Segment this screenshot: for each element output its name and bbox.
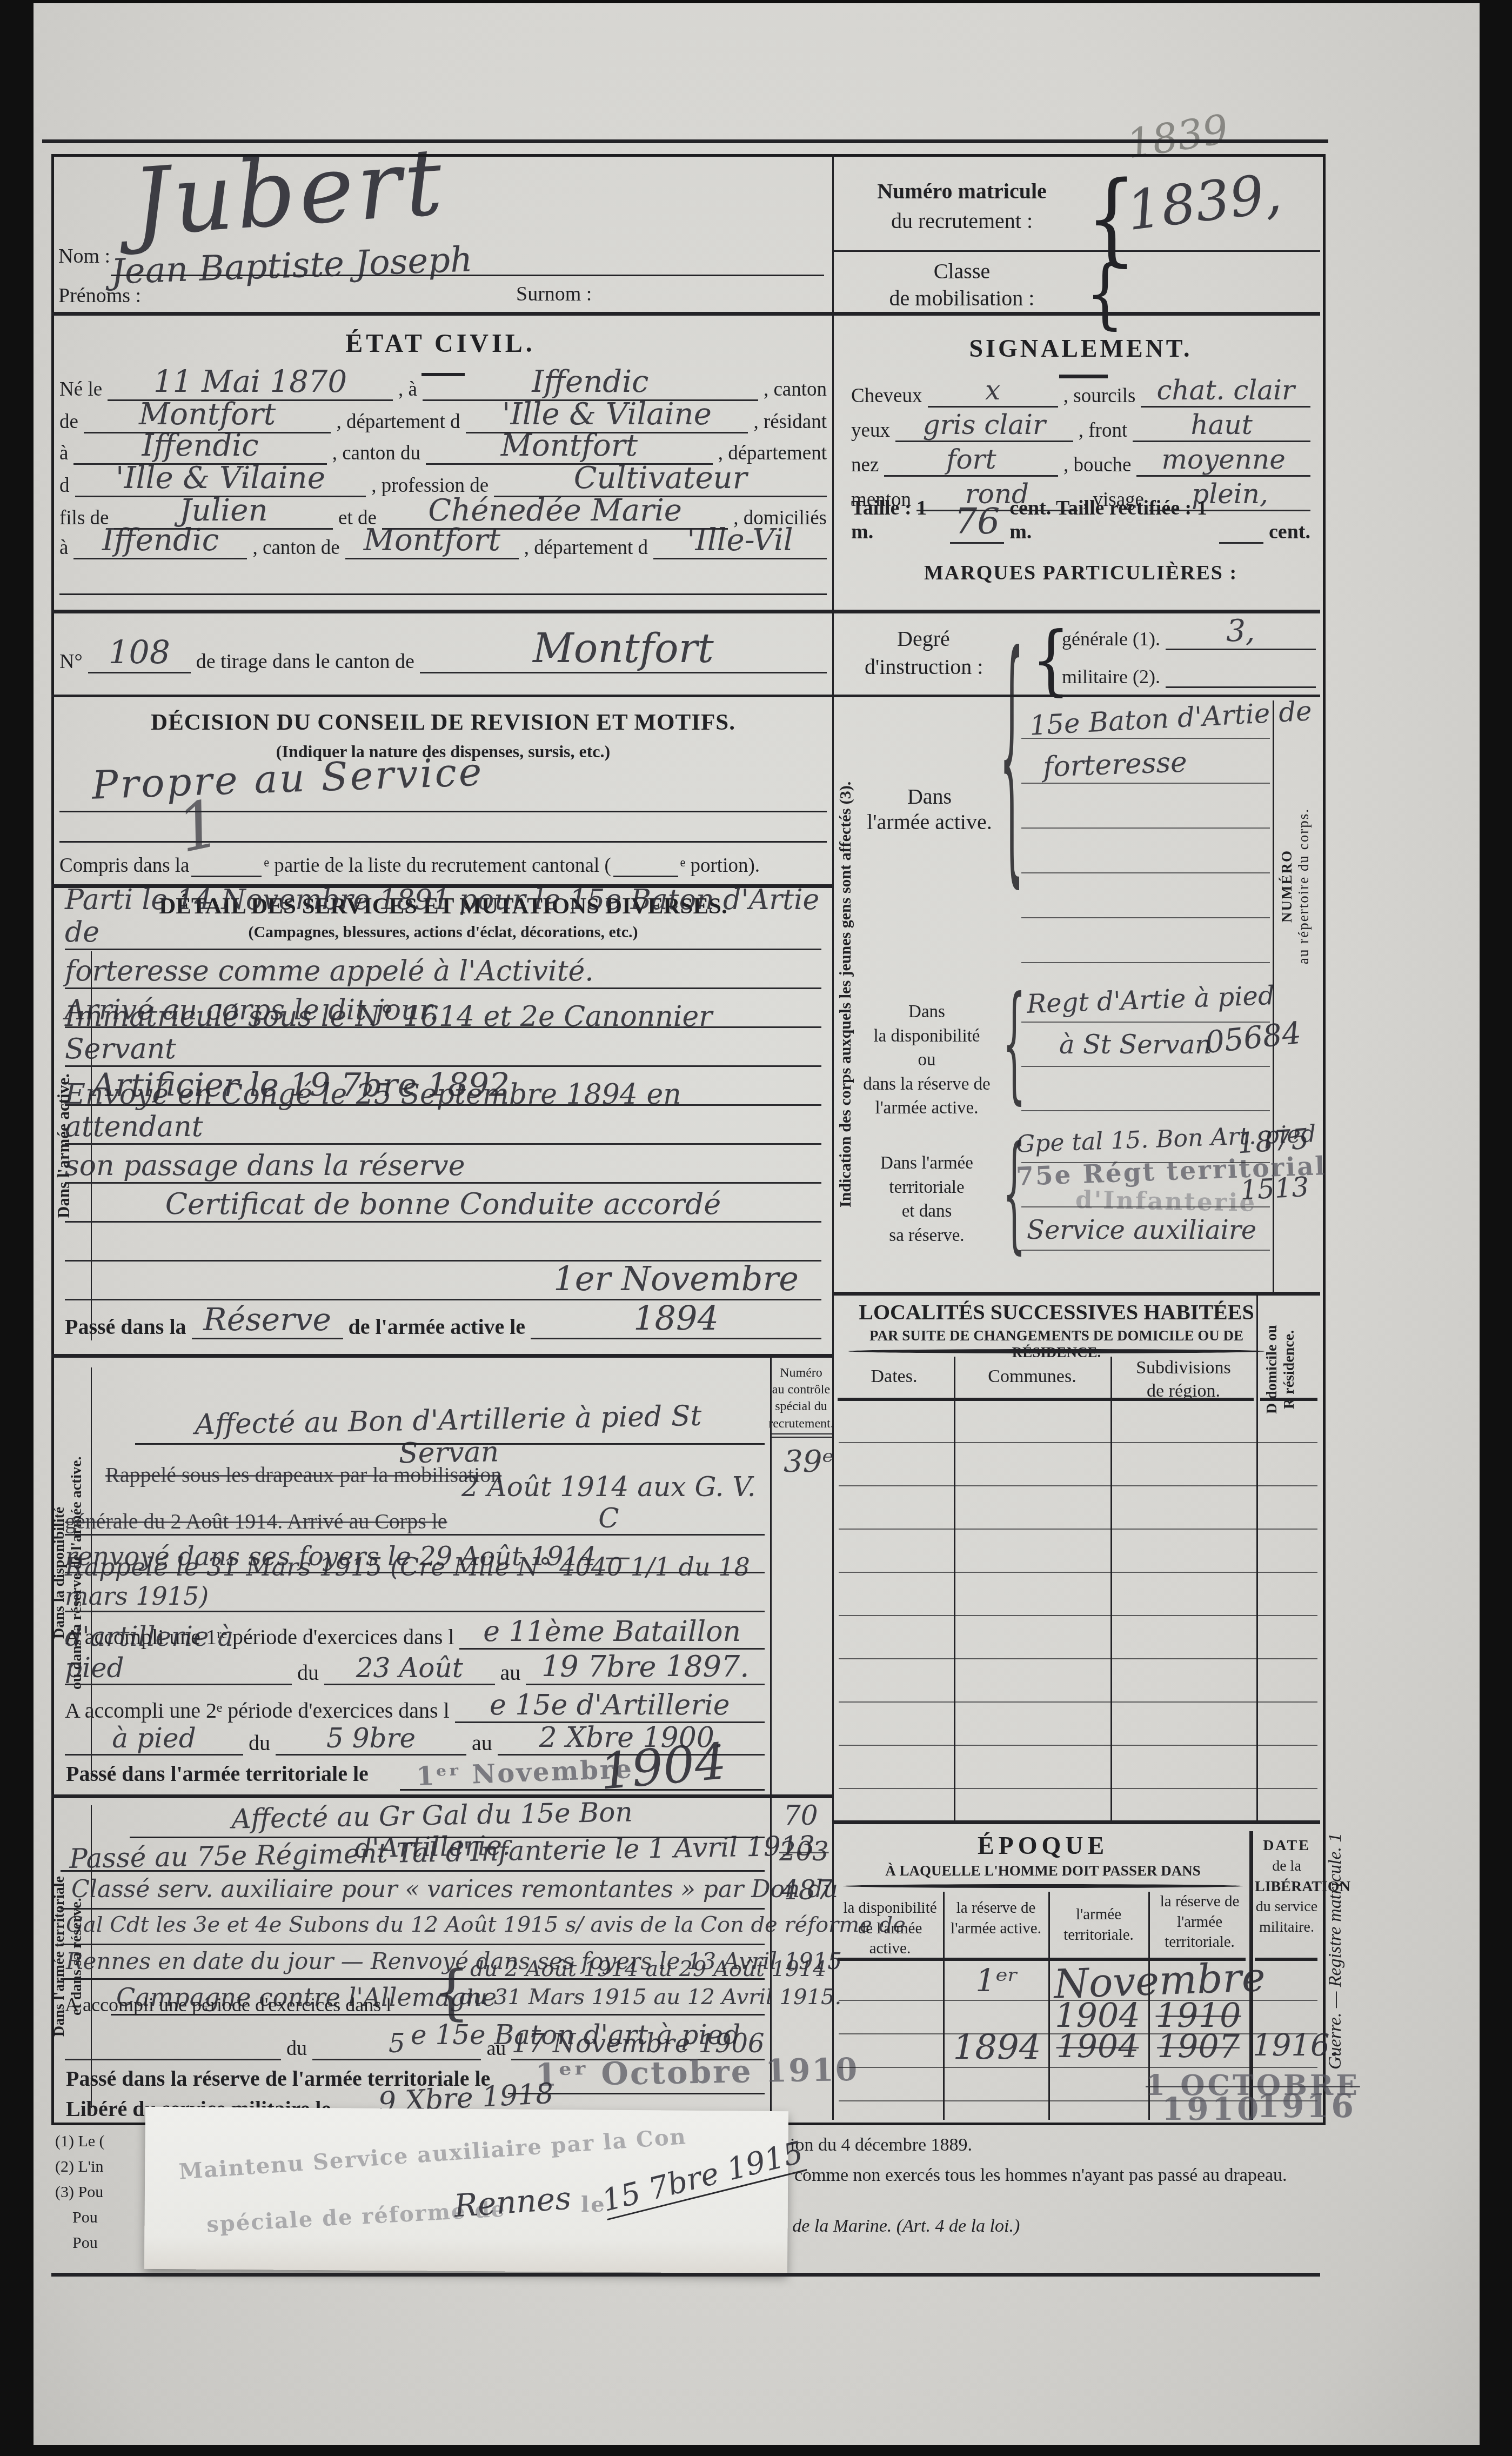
passe-reserve-date: 1er Novembre 1894 xyxy=(531,1259,821,1339)
epoque-1894: 1894 xyxy=(948,2028,1046,2068)
service-line-7: son passage dans la réserve xyxy=(65,1144,821,1184)
epoque-row-rule xyxy=(839,2067,1317,2068)
localites-row-rule xyxy=(839,1529,1317,1530)
mid-rule-1 xyxy=(51,610,1320,613)
passe-territoriale-rule xyxy=(400,1789,765,1791)
periode1-line2: d'artillerie à pied du 23 Août au 19 7br… xyxy=(65,1650,765,1685)
subdiv-line1: Subdivisions xyxy=(1116,1357,1251,1380)
tirage-canton-value: Montfort xyxy=(420,625,827,673)
cent-label: cent. xyxy=(1269,520,1310,544)
localites-header-rule-side xyxy=(1260,1398,1317,1401)
domicile-line: D domicile ou xyxy=(1263,1299,1281,1440)
label: , département d xyxy=(524,536,648,559)
compris-row: Compris dans la ᵉ partie de la liste du … xyxy=(59,846,827,877)
footnote-left-3: (3) Pou xyxy=(55,2183,103,2201)
classe-brace: { xyxy=(1086,250,1124,338)
sourcils-label: , sourcils xyxy=(1063,384,1136,408)
header-bottom-rule xyxy=(51,312,1320,316)
bouche-label: , bouche xyxy=(1063,453,1131,477)
epoque-1916: 1916. xyxy=(1253,2028,1317,2063)
taille-rectifiee-blank xyxy=(1219,542,1263,544)
surnom-label: Surnom : xyxy=(516,282,592,306)
etat-civil-extra-rule xyxy=(59,593,827,595)
au-label: au xyxy=(486,2037,506,2060)
signalement-row-1: Cheveux x , sourcils chat. clair xyxy=(851,372,1310,408)
footnote-right-1: ion du 4 décembre 1889. xyxy=(790,2135,972,2155)
epoque-col3-header: l'armée territoriale. xyxy=(1052,1905,1146,1945)
localites-row-rule xyxy=(839,1701,1317,1703)
passe-mid: de l'armée active le xyxy=(349,1314,526,1339)
passe-reserve-value: Réserve xyxy=(192,1301,343,1339)
degre-generale-row: générale (1). 3, xyxy=(1062,619,1316,650)
front-label: , front xyxy=(1079,419,1127,442)
etat-civil-line-6: à Iffendic , canton de Montfort , départ… xyxy=(59,522,827,559)
label: à xyxy=(59,536,68,559)
active-label-line2: l'armée active. xyxy=(865,809,994,835)
date-line: LIBÉRATION xyxy=(1255,1877,1319,1897)
corps-side-label: Indication des corps auxquels les jeunes… xyxy=(837,708,855,1281)
localites-row-rule xyxy=(839,1788,1317,1789)
matricule-divider xyxy=(832,250,1320,252)
reserve-territoriale-stamp: 1ᵉʳ Octobre 1910 xyxy=(534,2051,859,2093)
localites-col-subdiv: Subdivisions de région. xyxy=(1116,1357,1251,1403)
signalement-taille-row: Taille : 1 m. 76 cent. Taille rectifiée … xyxy=(851,510,1310,544)
cheveux-label: Cheveux xyxy=(851,384,922,408)
corps-rule xyxy=(1021,962,1270,963)
numero-repertoire-line1: NUMÉRO xyxy=(1279,719,1295,1054)
epoque-subtitle: À LAQUELLE L'HOMME DOIT PASSER DANS xyxy=(838,1863,1248,1879)
epoque-date-header: DATE de la LIBÉRATION du service militai… xyxy=(1255,1836,1319,1938)
corps-rule xyxy=(1021,1250,1270,1251)
domicile-commune: Iffendic xyxy=(73,523,247,559)
service-line-1: Parti le 14 Novembre 1891 pour le 15e Ba… xyxy=(65,911,821,950)
localites-title: LOCALITÉS SUCCESSIVES HABITÉES xyxy=(843,1299,1270,1325)
controle-value-39: 39ᵉ xyxy=(784,1444,834,1479)
classe-rule-2 xyxy=(61,1944,765,1945)
service-line-2: forteresse comme appelé à l'Activité. xyxy=(65,950,821,989)
cheveux-value: x xyxy=(928,375,1058,408)
epoque-col2-header: la réserve de l'armée active. xyxy=(947,1898,1045,1939)
bottom-rule xyxy=(51,2273,1320,2277)
tirage-text: de tirage dans le canton de xyxy=(196,650,414,673)
militaire-label: militaire (2). xyxy=(1062,665,1160,688)
dispo-label-line: l'armée active. xyxy=(859,1096,994,1120)
corps-rule xyxy=(1021,1162,1270,1163)
date-line: de la xyxy=(1255,1856,1319,1877)
epoque-reserve-1er: 1ᵉʳ xyxy=(951,1962,1043,1999)
footnote-left-1: (1) Le ( xyxy=(55,2132,105,2151)
controle-header-line: spécial du xyxy=(767,1398,835,1415)
compris-post: ᵉ portion). xyxy=(680,854,760,877)
service-entry: forteresse comme appelé à l'Activité. xyxy=(65,955,594,987)
generale-value: 3, xyxy=(1166,613,1316,650)
label: , canton de xyxy=(252,536,339,559)
epoque-vline-1 xyxy=(943,1892,945,2120)
localites-row-rule xyxy=(839,1485,1317,1486)
controle-header-line: au contrôle xyxy=(767,1381,835,1398)
nez-value: fort xyxy=(884,444,1058,477)
localites-header-rule xyxy=(838,1398,1254,1401)
numero-tirage-value: 108 xyxy=(88,634,191,673)
periode3-debut: 5 xyxy=(312,2028,481,2060)
localites-vline-1 xyxy=(954,1357,955,1820)
corps-active-label: Dans l'armée active. xyxy=(865,784,994,835)
rappel-printed: générale du 2 Août 1914. Arrivé au Corps… xyxy=(65,1509,447,1534)
localites-row-rule xyxy=(839,1572,1317,1573)
section-divider-c xyxy=(51,1794,834,1798)
localites-top-rule xyxy=(832,1292,1320,1296)
dispo-label-line: Dans xyxy=(859,1000,994,1024)
corps-active-value-2: forteresse xyxy=(1042,746,1188,783)
au-label: au xyxy=(500,1660,521,1685)
service-line-8: Certificat de bonne Conduite accordé xyxy=(65,1183,821,1223)
epoque-col4-header: la réserve de l'armée territoriale. xyxy=(1151,1892,1248,1953)
footnote-left-4: Pou xyxy=(72,2208,98,2227)
corps-terr-value-2: Service auxiliaire xyxy=(1027,1215,1256,1245)
service-entry: Parti le 14 Novembre 1891 pour le 15e Ba… xyxy=(65,884,821,949)
controle-value-70: 70 xyxy=(784,1800,818,1831)
corps-rule xyxy=(1021,783,1270,784)
matricule-label-line1: Numéro matricule xyxy=(854,178,1070,204)
dispo-label-line: ou xyxy=(859,1048,994,1072)
passe-territoriale-label: Passé dans l'armée territoriale le xyxy=(66,1761,369,1786)
epoque-top-rule xyxy=(832,1820,1320,1824)
taille-value: 76 xyxy=(950,500,1004,544)
corps-numero-label: NUMÉRO au répertoire du corps. xyxy=(1279,719,1312,1054)
epoque-flourish xyxy=(843,1884,1243,1888)
rappele-1915-row: Rappelé le 31 Mars 1915 (Cre Mlle N° 404… xyxy=(65,1573,765,1612)
localites-row-rule xyxy=(839,1615,1317,1616)
au-label: au xyxy=(472,1730,492,1756)
periode1-corps: e 11ème Bataillon xyxy=(459,1616,765,1650)
periode1-debut: 23 Août xyxy=(324,1652,495,1685)
passe75-rule xyxy=(61,1870,765,1872)
degre-label-2: d'instruction : xyxy=(865,654,983,679)
controle-header-line: recrutement. xyxy=(767,1416,835,1432)
prenoms-label: Prénoms : xyxy=(58,284,141,308)
epoque-title: ÉPOQUE xyxy=(838,1831,1248,1860)
periode2-printed: A accompli une 2ᵉ période d'exercices da… xyxy=(65,1698,450,1723)
taille-label: Taille : 1 m. xyxy=(851,496,945,544)
terr-label-line: sa réserve. xyxy=(859,1224,994,1248)
rappel-mobilisation-line1: Rappelé sous les drapeaux par la mobilis… xyxy=(105,1462,501,1487)
scanned-register-page: Jubert 1839 Nom : Jean Baptiste Joseph P… xyxy=(0,0,1512,2456)
controle-header-line: Numéro xyxy=(767,1365,835,1381)
corps-terr-numero-2: 1513 xyxy=(1240,1171,1310,1206)
classe-label-line2: de mobilisation : xyxy=(854,285,1070,311)
section-divider-b xyxy=(51,1354,834,1358)
militaire-blank xyxy=(1166,686,1316,688)
localites-side-label: D domicile ou R résidence. xyxy=(1263,1299,1298,1440)
generale-label: générale (1). xyxy=(1062,628,1160,650)
corps-dispo-brace: { xyxy=(1002,970,1026,1117)
terr-label-line: territoriale xyxy=(859,1176,994,1200)
corps-terr-label: Dans l'armée territoriale et dans sa rés… xyxy=(859,1151,994,1247)
corps-dispo-value-2: à St Servan xyxy=(1059,1030,1212,1060)
periode1-fin: 19 7bre 1897. xyxy=(526,1650,765,1685)
date-line: militaire. xyxy=(1255,1917,1319,1938)
yeux-value: gris clair xyxy=(895,409,1073,442)
corps-dispo-label: Dans la disponibilité ou dans la réserve… xyxy=(859,1000,994,1120)
periode3-line1: A accompli une période d'exercices dans … xyxy=(65,1985,427,2016)
margin-imprint: Guerre. — Registre matricule. 1 xyxy=(1325,1632,1346,2270)
corps-rule xyxy=(1021,827,1270,829)
compris-blank-2 xyxy=(613,876,678,877)
date-line: du service xyxy=(1255,1897,1319,1917)
taille-rectifiee-label: cent. Taille rectifiée : 1 m. xyxy=(1009,496,1214,544)
periode2-line1: A accompli une 2ᵉ période d'exercices da… xyxy=(65,1687,765,1723)
rappel-hw-date: 2 Août 1914 aux G. V. C xyxy=(453,1471,765,1534)
footnote-left-2: (2) L'in xyxy=(55,2158,104,2176)
epoque-1907-struck: 1907 xyxy=(1151,2028,1246,2066)
signalement-row-2: yeux gris clair , front haut xyxy=(851,406,1310,442)
decision-rule-2 xyxy=(59,841,827,843)
controle-header-rule-1 xyxy=(772,1433,832,1434)
numero-tirage-label: N° xyxy=(59,650,83,673)
localites-row-rule xyxy=(839,1442,1317,1443)
controle-header-rule-2 xyxy=(772,1437,832,1438)
active-label-line1: Dans xyxy=(865,784,994,809)
periode3-blank xyxy=(65,2059,281,2060)
localites-col-dates: Dates. xyxy=(839,1366,949,1387)
localites-flourish xyxy=(848,1349,1265,1353)
affecte-rule xyxy=(135,1443,765,1445)
periode2-arme: à pied xyxy=(65,1723,243,1756)
terr-label-line: Dans l'armée xyxy=(859,1151,994,1176)
service-line-blank-1 xyxy=(65,1222,821,1262)
corps-terr-stamp-line2: d'Infanterie xyxy=(1075,1185,1257,1217)
footnote-left-5: Pou xyxy=(72,2234,98,2252)
periode1-arme: d'artillerie à pied xyxy=(65,1621,292,1685)
corps-rule xyxy=(1021,1066,1270,1067)
front-value: haut xyxy=(1133,409,1310,442)
matricule-label-line2: du recrutement : xyxy=(854,208,1070,233)
corps-rule xyxy=(1021,1022,1270,1023)
main-column-divider xyxy=(832,154,834,2120)
du-label: du xyxy=(297,1660,319,1685)
passe-reserve-row: Passé dans la Réserve de l'armée active … xyxy=(65,1302,821,1339)
service-line-4: Immatriculé sous le N° 1614 et 2e Canonn… xyxy=(65,1027,821,1067)
rappele-entry: Rappelé le 31 Mars 1915 (Cre Mlle N° 404… xyxy=(65,1552,765,1611)
tirage-row: N° 108 de tirage dans le canton de Montf… xyxy=(59,627,827,673)
marques-label: MARQUES PARTICULIÈRES : xyxy=(843,561,1319,585)
localites-row-rule xyxy=(839,1745,1317,1746)
service-line-6: Envoyé en Congé le 25 Septembre 1894 en … xyxy=(65,1105,821,1145)
localites-col-communes: Communes. xyxy=(959,1366,1105,1387)
sourcils-value: chat. clair xyxy=(1141,375,1310,408)
compris-blank-1 xyxy=(191,876,262,877)
du-label: du xyxy=(249,1730,270,1756)
epoque-1904-struck: 1904 xyxy=(1052,2028,1143,2066)
decision-title: DÉCISION DU CONSEIL DE REVISION ET MOTIF… xyxy=(59,709,827,736)
epoque-stamp-1910: 1910 xyxy=(1162,2091,1262,2127)
certificat-entry: Certificat de bonne Conduite accordé xyxy=(165,1187,721,1221)
corps-rule xyxy=(1021,1110,1270,1111)
controle-value-203: 203 xyxy=(779,1837,829,1867)
epoque-vline-2 xyxy=(1048,1892,1050,2120)
compris-pre: Compris dans la xyxy=(59,854,189,877)
corps-active-brace: { xyxy=(1000,602,1024,911)
mid-rule-2 xyxy=(51,695,1320,697)
periode2-debut: 5 9bre xyxy=(276,1723,466,1756)
top-double-rule xyxy=(42,139,1328,143)
footnote-right-2: comme non exercés tous les hommes n'ayan… xyxy=(794,2165,1287,2186)
campagne-periode-1: du 2 Août 1914 au 29 Août 1914 xyxy=(470,1957,827,1981)
signalement-row-3: nez fort , bouche moyenne xyxy=(851,441,1310,477)
epoque-col1-header: la disponibilité de l'armée active. xyxy=(839,1898,941,1959)
compris-mid: ᵉ partie de la liste du recrutement cant… xyxy=(264,854,611,877)
domicile-canton: Montfort xyxy=(345,523,519,559)
bouche-value: moyenne xyxy=(1136,444,1310,477)
terr-label-line: et dans xyxy=(859,1199,994,1224)
passe-pre: Passé dans la xyxy=(65,1314,186,1339)
localites-vline-2 xyxy=(1110,1357,1112,1820)
service-entry: son passage dans la réserve xyxy=(65,1150,465,1182)
corps-rule xyxy=(1021,917,1270,918)
controle-header: Numéro au contrôle spécial du recrutemen… xyxy=(767,1365,835,1432)
classe-rule-1 xyxy=(61,1908,765,1910)
dispo-label-line: la disponibilité xyxy=(859,1024,994,1049)
rappel-mobilisation-line2: générale du 2 Août 1914. Arrivé au Corps… xyxy=(65,1496,765,1536)
du-label: du xyxy=(286,2037,307,2060)
corps-rule xyxy=(1021,738,1270,739)
nez-label: nez xyxy=(851,453,879,477)
corps-rule xyxy=(1021,872,1270,873)
periode3-printed: A accompli une période d'exercices dans … xyxy=(65,1993,391,2016)
date-line: DATE xyxy=(1255,1836,1319,1856)
campagne-periode-2: du 31 Mars 1915 au 12 Avril 1915. xyxy=(459,1985,841,2010)
service-entry: Envoyé en Congé le 25 Septembre 1894 en … xyxy=(65,1078,821,1143)
corps-rule xyxy=(1021,1206,1270,1207)
classe-label-line1: Classe xyxy=(854,258,1070,284)
degre-militaire-row: militaire (2). xyxy=(1062,657,1316,688)
numero-repertoire-line2: au répertoire du corps. xyxy=(1295,719,1312,1054)
degre-label-1: Degré xyxy=(897,626,950,651)
periode2-corps: e 15e d'Artillerie xyxy=(455,1689,765,1723)
classe-aux-line1: Classé serv. auxiliaire pour « varices r… xyxy=(71,1876,838,1903)
dispo-label-line: dans la réserve de xyxy=(859,1072,994,1097)
etat-civil-title: ÉTAT CIVIL. xyxy=(54,329,827,358)
classe-aux-line2: Gal Cdt les 3e et 4e Subons du 12 Août 1… xyxy=(66,1912,906,1937)
localites-subtitle: PAR SUITE DE CHANGEMENTS DE DOMICILE OU … xyxy=(843,1327,1270,1361)
localites-row-rule xyxy=(839,1658,1317,1659)
nom-label: Nom : xyxy=(58,244,110,268)
domicile-departement: 'Ille-Vil xyxy=(653,523,827,559)
signalement-title: SIGNALEMENT. xyxy=(843,334,1319,363)
yeux-label: yeux xyxy=(851,419,890,442)
service-entry: Immatriculé sous le N° 1614 et 2e Canonn… xyxy=(65,1000,821,1065)
localites-vline-3 xyxy=(1256,1295,1258,1820)
residence-line: R résidence. xyxy=(1281,1299,1298,1440)
